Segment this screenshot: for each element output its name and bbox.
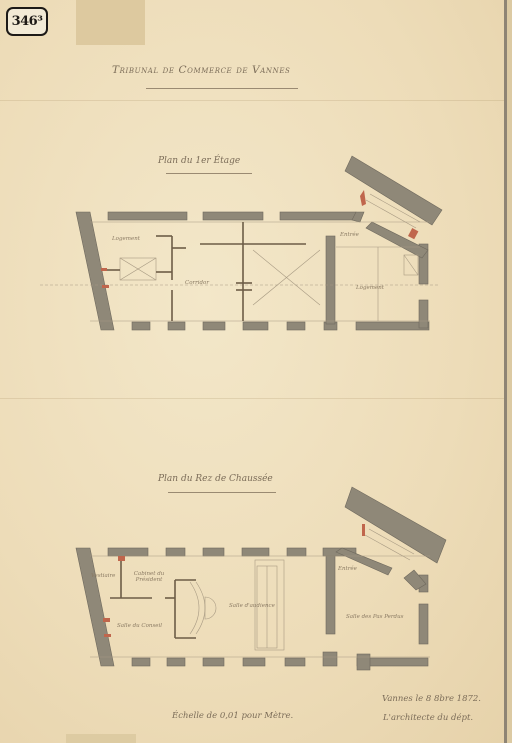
room-label: Entrée [340, 232, 359, 238]
scale-note: Échelle de 0,01 pour Mètre. [172, 711, 293, 721]
room-label: Cabinet du Président [130, 571, 168, 583]
room-label: Logement [112, 236, 140, 242]
signature-note: L'architecte du dépt. [383, 713, 473, 723]
room-label: Corridor [185, 280, 209, 286]
room-label: Logement [356, 285, 384, 291]
stair-wing-wall [345, 487, 446, 563]
floor-plans-drawing [0, 0, 512, 743]
room-label: Entrée [338, 566, 357, 572]
room-label: Vestiaire [91, 573, 115, 579]
room-label: Salle du Conseil [117, 623, 162, 629]
room-label: Salle des Pas Perdus [346, 614, 403, 620]
room-label: Salle d'audience [229, 603, 275, 609]
wall-west [76, 212, 114, 330]
date-note: Vannes le 8 8bre 1872. [382, 694, 481, 704]
